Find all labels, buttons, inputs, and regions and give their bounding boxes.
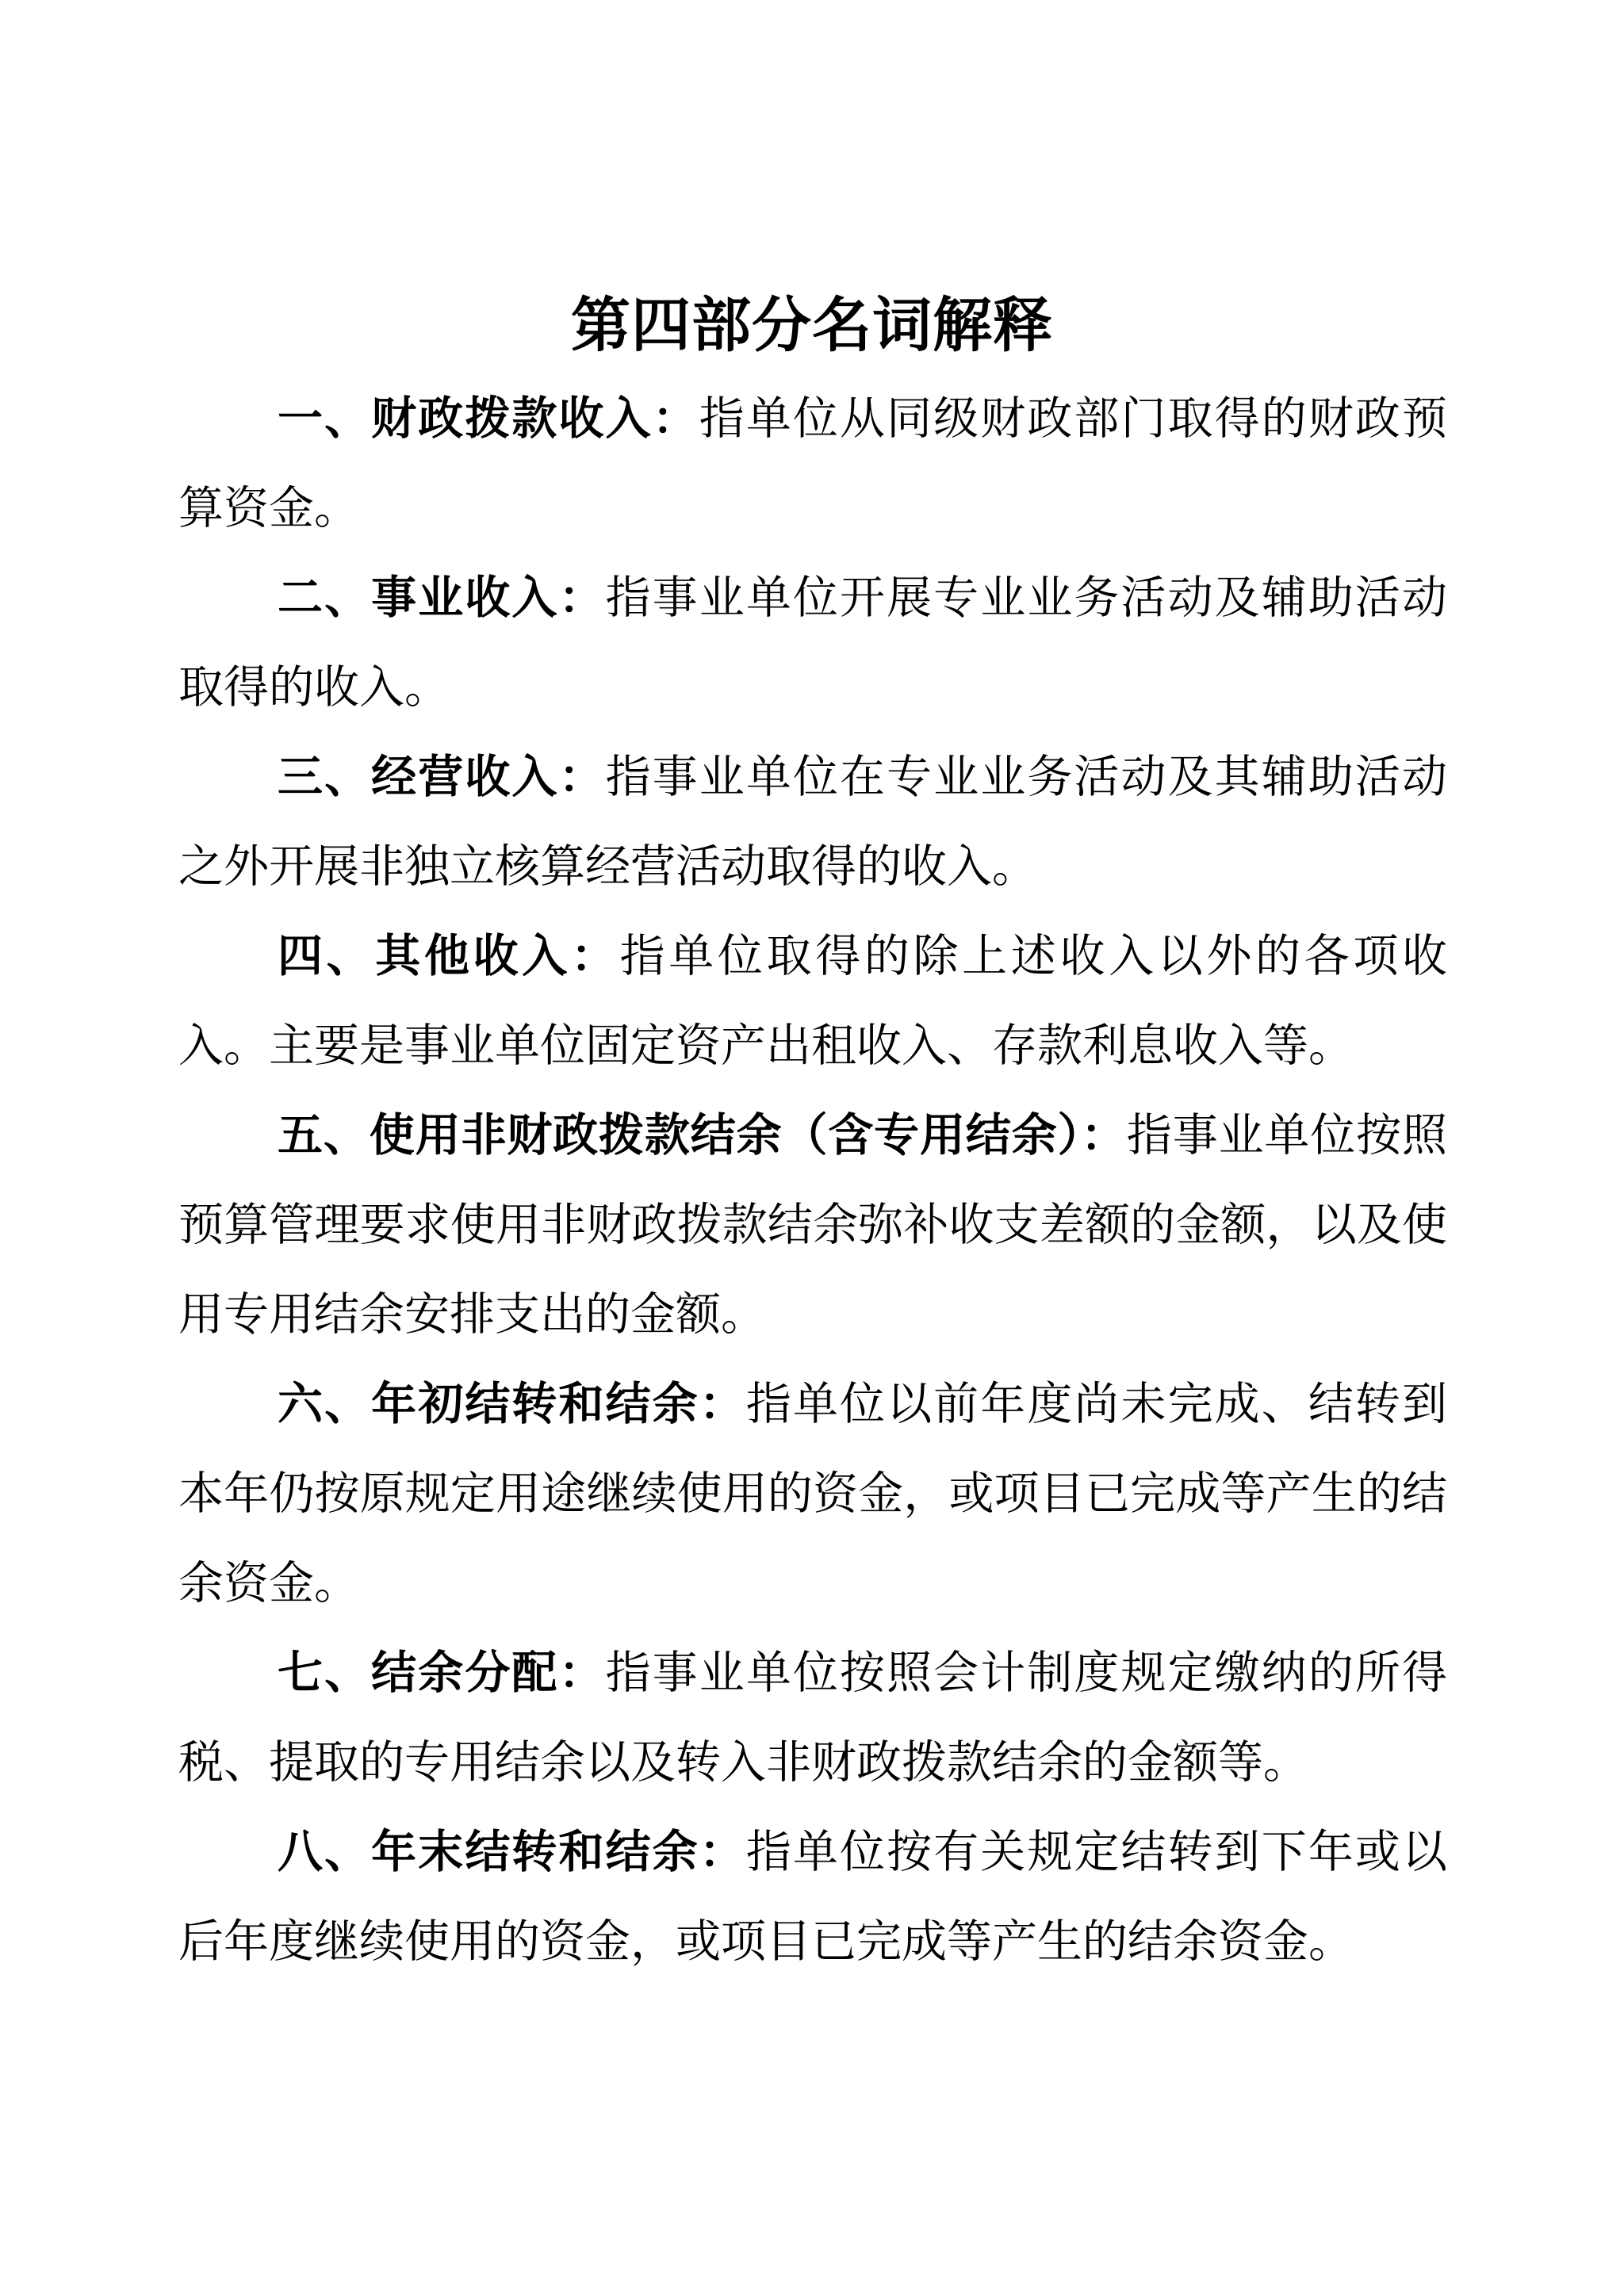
page-title: 第四部分名词解释	[0, 290, 1624, 360]
glossary-entry: 七、结余分配：指事业单位按照会计制度规定缴纳的所得税、提取的专用结余以及转入非财…	[178, 1628, 1447, 1808]
glossary-entry: 四、其他收入：指单位取得的除上述收入以外的各项收入。主要是事业单位固定资产出租收…	[178, 912, 1447, 1091]
term-label: 六、年初结转和结余：	[278, 1380, 746, 1429]
term-label: 八、年末结转和结余：	[278, 1827, 746, 1877]
glossary-entry: 三、经营收入：指事业单位在专业业务活动及其辅助活动之外开展非独立核算经营活动取得…	[178, 733, 1447, 912]
term-label: 三、经营收入：	[278, 752, 606, 802]
glossary-entry: 五、使用非财政拨款结余（含专用结余）：指事业单位按照预算管理要求使用非财政拨款结…	[178, 1091, 1447, 1360]
term-label: 四、其他收入：	[278, 932, 620, 982]
term-label: 五、使用非财政拨款结余（含专用结余）：	[278, 1111, 1127, 1161]
term-label: 七、结余分配：	[278, 1648, 606, 1698]
glossary-section: 一、财政拨款收入：指单位从同级财政部门取得的财政预算资金。 二、事业收入：指事业…	[178, 374, 1447, 1987]
glossary-entry: 二、事业收入：指事业单位开展专业业务活动及辅助活动取得的收入。	[178, 553, 1447, 733]
term-label: 一、财政拨款收入：	[278, 394, 699, 444]
document-page: 第四部分名词解释 一、财政拨款收入：指单位从同级财政部门取得的财政预算资金。 二…	[0, 0, 1624, 2296]
glossary-entry: 六、年初结转和结余：指单位以前年度尚未完成、结转到本年仍按原规定用途继续使用的资…	[178, 1360, 1447, 1628]
term-label: 二、事业收入：	[278, 573, 606, 623]
glossary-entry: 八、年末结转和结余：指单位按有关规定结转到下年或以后年度继续使用的资金，或项目已…	[178, 1808, 1447, 1987]
glossary-entry: 一、财政拨款收入：指单位从同级财政部门取得的财政预算资金。	[178, 374, 1447, 553]
